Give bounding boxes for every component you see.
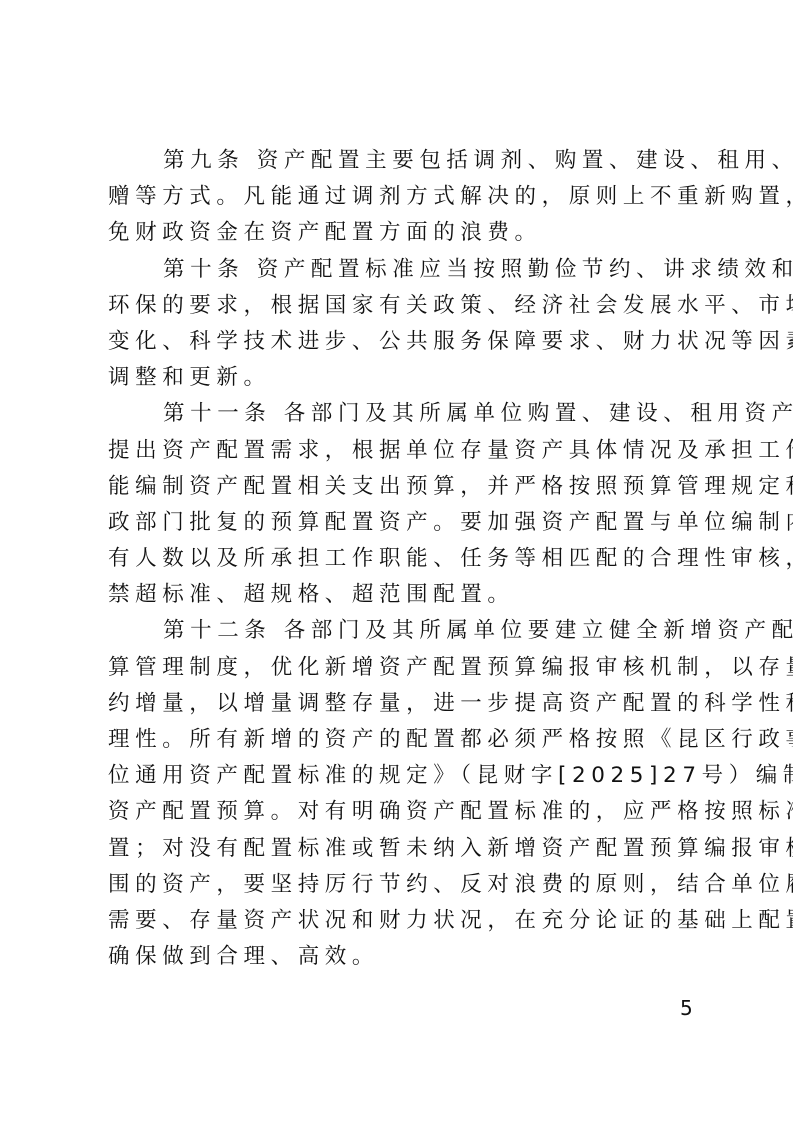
paragraph-line: 理性。所有新增的资产的配置都必须严格按照《昆区行政事业单 (108, 722, 692, 758)
article-10: 第十条 资产配置标准应当按照勤俭节约、讲求绩效和绿色 环保的要求，根据国家有关政… (108, 252, 692, 397)
paragraph-line: 赠等方式。凡能通过调剂方式解决的，原则上不重新购置，避 (108, 179, 692, 215)
article-12: 第十二条 各部门及其所属单位要建立健全新增资产配置预 算管理制度，优化新增资产配… (108, 613, 692, 975)
paragraph-line: 置；对没有配置标准或暂未纳入新增资产配置预算编报审核范 (108, 831, 692, 867)
paragraph-line: 免财政资金在资产配置方面的浪费。 (108, 215, 692, 251)
page-number: 5 (680, 996, 693, 1020)
document-page: 第九条 资产配置主要包括调剂、购置、建设、租用、接受捐 赠等方式。凡能通过调剂方… (0, 0, 793, 1122)
paragraph-line: 第十二条 各部门及其所属单位要建立健全新增资产配置预 (108, 613, 692, 649)
paragraph-line: 能编制资产配置相关支出预算，并严格按照预算管理规定和财 (108, 469, 692, 505)
paragraph-line: 位通用资产配置标准的规定》（昆财字[2025]27号）编制新增 (108, 758, 692, 794)
paragraph-line: 第十条 资产配置标准应当按照勤俭节约、讲求绩效和绿色 (108, 252, 692, 288)
paragraph-line: 确保做到合理、高效。 (108, 939, 692, 975)
paragraph-line: 提出资产配置需求，根据单位存量资产具体情况及承担工作职 (108, 433, 692, 469)
paragraph-line: 调整和更新。 (108, 360, 692, 396)
paragraph-line: 变化、科学技术进步、公共服务保障要求、财力状况等因素适时 (108, 324, 692, 360)
paragraph-line: 环保的要求，根据国家有关政策、经济社会发展水平、市场价格 (108, 288, 692, 324)
paragraph-line: 资产配置预算。对有明确资产配置标准的，应严格按照标准配 (108, 794, 692, 830)
paragraph-line: 围的资产，要坚持厉行节约、反对浪费的原则，结合单位履职 (108, 867, 692, 903)
paragraph-line: 算管理制度，优化新增资产配置预算编报审核机制，以存量制 (108, 650, 692, 686)
paragraph-line: 第十一条 各部门及其所属单位购置、建设、租用资产应当 (108, 396, 692, 432)
paragraph-line: 需要、存量资产状况和财力状况，在充分论证的基础上配置， (108, 903, 692, 939)
paragraph-line: 禁超标准、超规格、超范围配置。 (108, 577, 692, 613)
document-body: 第九条 资产配置主要包括调剂、购置、建设、租用、接受捐 赠等方式。凡能通过调剂方… (108, 143, 692, 975)
paragraph-line: 约增量，以增量调整存量，进一步提高资产配置的科学性和合 (108, 686, 692, 722)
paragraph-line: 政部门批复的预算配置资产。要加强资产配置与单位编制内实 (108, 505, 692, 541)
article-11: 第十一条 各部门及其所属单位购置、建设、租用资产应当 提出资产配置需求，根据单位… (108, 396, 692, 613)
article-9: 第九条 资产配置主要包括调剂、购置、建设、租用、接受捐 赠等方式。凡能通过调剂方… (108, 143, 692, 252)
paragraph-line: 有人数以及所承担工作职能、任务等相匹配的合理性审核，严 (108, 541, 692, 577)
paragraph-line: 第九条 资产配置主要包括调剂、购置、建设、租用、接受捐 (108, 143, 692, 179)
